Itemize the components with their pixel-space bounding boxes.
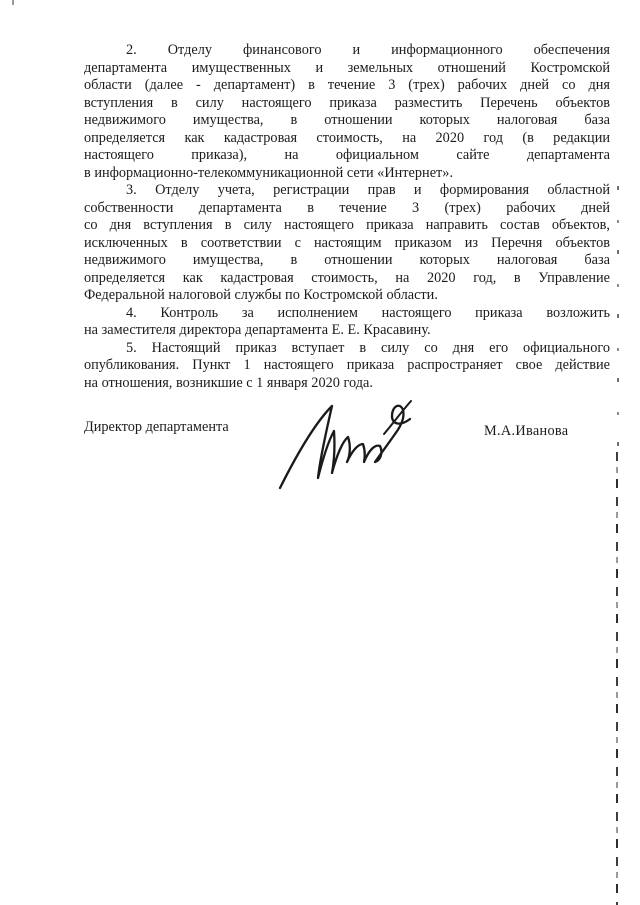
paragraph-3: 3. Отделу учета, регистрации прав и форм… — [84, 182, 610, 305]
scan-artifact-top-left — [12, 0, 14, 5]
scanned-order-page: 2. Отделу финансового и информационного … — [0, 0, 640, 905]
paragraph-4: 4. Контроль за исполнением настоящего пр… — [84, 305, 610, 340]
text-line: исключенных в соответствии с настоящим п… — [84, 235, 610, 253]
text-line: области (далее - департамент) в течение … — [84, 77, 610, 95]
text-line: определяется как кадастровая стоимость, … — [84, 270, 610, 288]
scan-artifact-right-edge-lower — [616, 452, 618, 905]
signer-position-label: Директор департамента — [84, 419, 229, 436]
text-line: собственности департамента в течение 3 (… — [84, 200, 610, 218]
text-line: 5. Настоящий приказ вступает в силу со д… — [84, 340, 610, 358]
text-line: 4. Контроль за исполнением настоящего пр… — [84, 305, 610, 323]
text-line: 3. Отделу учета, регистрации прав и форм… — [84, 182, 610, 200]
order-body-text: 2. Отделу финансового и информационного … — [84, 42, 610, 392]
text-line: Федеральной налоговой службы по Костромс… — [84, 287, 610, 305]
text-line: на отношения, возникшие с 1 января 2020 … — [84, 375, 610, 393]
text-line: 2. Отделу финансового и информационного … — [84, 42, 610, 60]
text-line: в информационно-телекоммуникационной сет… — [84, 165, 610, 183]
text-line: опубликования. Пункт 1 настоящего приказ… — [84, 357, 610, 375]
paragraph-5: 5. Настоящий приказ вступает в силу со д… — [84, 340, 610, 393]
paragraph-2: 2. Отделу финансового и информационного … — [84, 42, 610, 182]
text-line: недвижимого имущества, в отношении котор… — [84, 112, 610, 130]
text-line: на заместителя директора департамента Е.… — [84, 322, 610, 340]
scan-artifact-right-edge-upper — [617, 186, 619, 452]
text-line: настоящего приказа), на официальном сайт… — [84, 147, 610, 165]
text-line: недвижимого имущества, в отношении котор… — [84, 252, 610, 270]
signer-name: М.А.Иванова — [484, 423, 568, 440]
handwritten-signature-icon — [272, 394, 420, 498]
text-line: определяется как кадастровая стоимость, … — [84, 130, 610, 148]
text-line: со дня вступления в силу настоящего прик… — [84, 217, 610, 235]
text-line: департамента имущественных и земельных о… — [84, 60, 610, 78]
text-line: вступления в силу настоящего приказа раз… — [84, 95, 610, 113]
